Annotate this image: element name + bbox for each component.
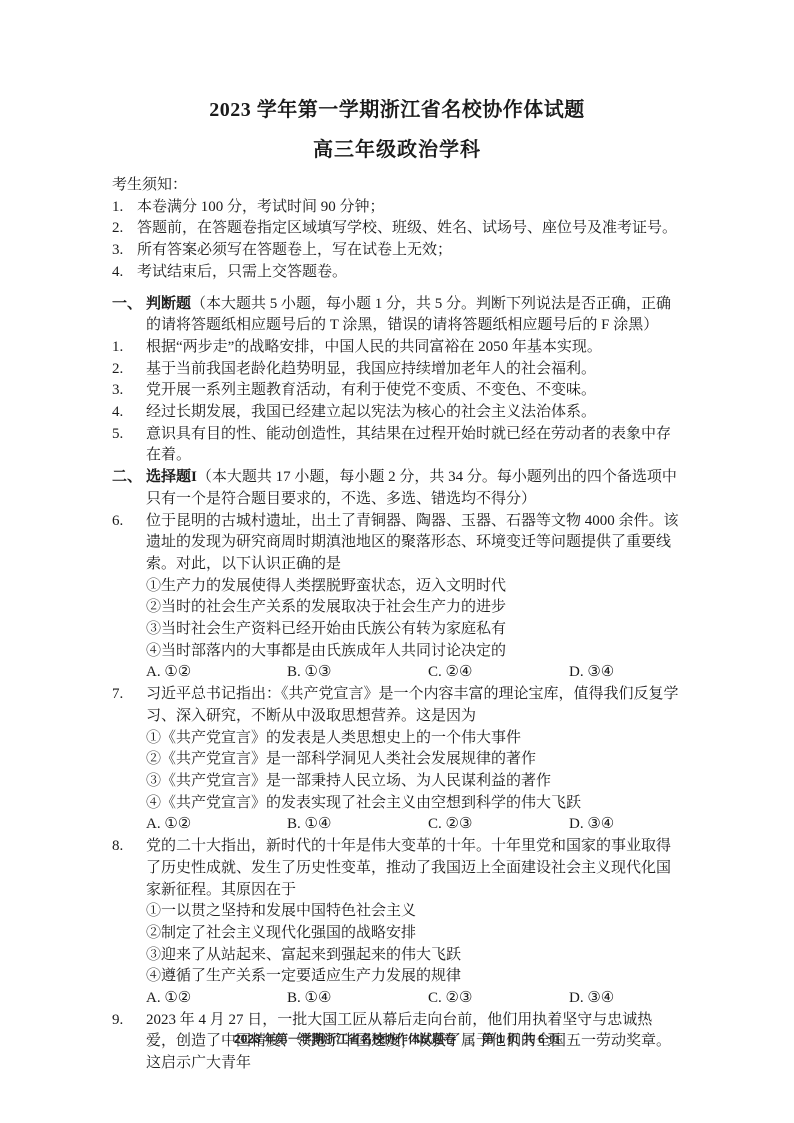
section-title: 判断题	[146, 296, 191, 312]
notice-item: 1. 本卷满分 100 分，考试时间 90 分钟；	[112, 197, 682, 219]
question-number: 5.	[112, 424, 146, 446]
question-body: 位于昆明的古城村遗址，出土了青铜器、陶器、玉器、石器等文物 4000 余件。该遗…	[146, 511, 682, 685]
section-number: 一、	[112, 294, 146, 316]
question-body: 意识具有目的性、能动创造性，其结果在过程开始时就已经在劳动者的表象中存在着。	[146, 424, 682, 467]
section-header-text: 判断题（本大题共 5 小题，每小题 1 分，共 5 分。判断下列说法是否正确，正…	[146, 294, 682, 337]
section-header: 一、 判断题（本大题共 5 小题，每小题 1 分，共 5 分。判断下列说法是否正…	[112, 294, 682, 337]
page-subtitle: 高三年级政治学科	[112, 138, 682, 162]
question-body: 经过长期发展，我国已经建立起以宪法为核心的社会主义法治体系。	[146, 402, 682, 424]
question: 2. 基于当前我国老龄化趋势明显，我国应持续增加老年人的社会福利。	[112, 359, 682, 381]
question-body: 基于当前我国老龄化趋势明显，我国应持续增加老年人的社会福利。	[146, 359, 682, 381]
question-subitems: ①一以贯之坚持和发展中国特色社会主义②制定了社会主义现代化强国的战略安排③迎来了…	[146, 901, 682, 988]
page-footer: 2023 年第一学期浙江省名校协作体试题卷第 1 页 共 6 页	[0, 1031, 794, 1047]
question-options: A. ①②B. ①④C. ②③D. ③④	[146, 988, 682, 1010]
answer-option: D. ③④	[569, 988, 614, 1010]
question-number: 8.	[112, 836, 146, 858]
section: 一、 判断题（本大题共 5 小题，每小题 1 分，共 5 分。判断下列说法是否正…	[112, 294, 682, 468]
question-body: 习近平总书记指出：《共产党宣言》是一个内容丰富的理论宝库，值得我们反复学习、深入…	[146, 684, 682, 836]
notice-number: 1.	[112, 197, 137, 219]
sections: 一、 判断题（本大题共 5 小题，每小题 1 分，共 5 分。判断下列说法是否正…	[112, 294, 682, 1075]
notice-number: 2.	[112, 218, 137, 240]
answer-option: A. ①②	[146, 988, 287, 1010]
notice-block: 考生须知： 1. 本卷满分 100 分，考试时间 90 分钟； 2. 答题前，在…	[112, 175, 682, 284]
question: 1. 根据“两步走”的战略安排，中国人民的共同富裕在 2050 年基本实现。	[112, 337, 682, 359]
question-subitem: ②制定了社会主义现代化强国的战略安排	[146, 923, 682, 945]
notice-item: 2. 答题前，在答题卷指定区域填写学校、班级、姓名、试场号、座位号及准考证号。	[112, 218, 682, 240]
question-subitem: ④《共产党宣言》的发表实现了社会主义由空想到科学的伟大飞跃	[146, 793, 682, 815]
notice-text: 本卷满分 100 分，考试时间 90 分钟；	[137, 197, 682, 219]
section-header-text: 选择题I（本大题共 17 小题，每小题 2 分，共 34 分。每小题列出的四个备…	[146, 467, 682, 510]
question: 8. 党的二十大指出，新时代的十年是伟大变革的十年。十年里党和国家的事业取得了历…	[112, 836, 682, 1010]
answer-option: C. ②④	[428, 662, 569, 684]
section-desc: （本大题共 17 小题，每小题 2 分，共 34 分。每小题列出的四个备选项中只…	[146, 469, 677, 507]
question-subitem: ②当时的社会生产关系的发展取决于社会生产力的进步	[146, 597, 682, 619]
question-stem: 意识具有目的性、能动创造性，其结果在过程开始时就已经在劳动者的表象中存在着。	[146, 424, 682, 467]
section: 二、 选择题I（本大题共 17 小题，每小题 2 分，共 34 分。每小题列出的…	[112, 467, 682, 1075]
exam-page: 2023 学年第一学期浙江省名校协作体试题 高三年级政治学科 考生须知： 1. …	[0, 0, 794, 1123]
question-subitem: ④遵循了生产关系一定要适应生产力发展的规律	[146, 966, 682, 988]
answer-option: D. ③④	[569, 814, 614, 836]
section-title: 选择题I	[146, 469, 197, 485]
question-body: 党开展一系列主题教育活动，有利于使党不变质、不变色、不变味。	[146, 380, 682, 402]
page-title: 2023 学年第一学期浙江省名校协作体试题	[112, 97, 682, 123]
question-stem: 基于当前我国老龄化趋势明显，我国应持续增加老年人的社会福利。	[146, 359, 682, 381]
question-number: 4.	[112, 402, 146, 424]
question-subitem: ①生产力的发展使得人类摆脱野蛮状态，迈入文明时代	[146, 576, 682, 598]
question-subitem: ①《共产党宣言》的发表是人类思想史上的一个伟大事件	[146, 728, 682, 750]
question-stem: 习近平总书记指出：《共产党宣言》是一个内容丰富的理论宝库，值得我们反复学习、深入…	[146, 684, 682, 727]
notice-text: 答题前，在答题卷指定区域填写学校、班级、姓名、试场号、座位号及准考证号。	[137, 218, 682, 240]
question-subitem: ②《共产党宣言》是一部科学洞见人类社会发展规律的著作	[146, 749, 682, 771]
answer-option: C. ②③	[428, 988, 569, 1010]
notice-text: 所有答案必须写在答题卷上，写在试卷上无效；	[137, 240, 682, 262]
section-header: 二、 选择题I（本大题共 17 小题，每小题 2 分，共 34 分。每小题列出的…	[112, 467, 682, 510]
question-number: 6.	[112, 511, 146, 533]
notice-text: 考试结束后，只需上交答题卷。	[137, 262, 682, 284]
question-body: 根据“两步走”的战略安排，中国人民的共同富裕在 2050 年基本实现。	[146, 337, 682, 359]
question-number: 1.	[112, 337, 146, 359]
notice-number: 3.	[112, 240, 137, 262]
question-subitem: ③当时社会生产资料已经开始由氏族公有转为家庭私有	[146, 619, 682, 641]
section-number: 二、	[112, 467, 146, 489]
question: 6. 位于昆明的古城村遗址，出土了青铜器、陶器、玉器、石器等文物 4000 余件…	[112, 511, 682, 685]
answer-option: A. ①②	[146, 814, 287, 836]
question: 7. 习近平总书记指出：《共产党宣言》是一个内容丰富的理论宝库，值得我们反复学习…	[112, 684, 682, 836]
question-subitem: ①一以贯之坚持和发展中国特色社会主义	[146, 901, 682, 923]
notice-item: 3. 所有答案必须写在答题卷上，写在试卷上无效；	[112, 240, 682, 262]
question-list: 6. 位于昆明的古城村遗址，出土了青铜器、陶器、玉器、石器等文物 4000 余件…	[112, 511, 682, 1075]
notice-header: 考生须知：	[112, 175, 682, 197]
question-number: 3.	[112, 380, 146, 402]
question-subitems: ①生产力的发展使得人类摆脱野蛮状态，迈入文明时代②当时的社会生产关系的发展取决于…	[146, 576, 682, 663]
question-number: 2.	[112, 359, 146, 381]
answer-option: C. ②③	[428, 814, 569, 836]
question-stem: 党开展一系列主题教育活动，有利于使党不变质、不变色、不变味。	[146, 380, 682, 402]
question: 5. 意识具有目的性、能动创造性，其结果在过程开始时就已经在劳动者的表象中存在着…	[112, 424, 682, 467]
answer-option: D. ③④	[569, 662, 614, 684]
question-options: A. ①②B. ①③C. ②④D. ③④	[146, 662, 682, 684]
question-stem: 经过长期发展，我国已经建立起以宪法为核心的社会主义法治体系。	[146, 402, 682, 424]
question-list: 1. 根据“两步走”的战略安排，中国人民的共同富裕在 2050 年基本实现。 2…	[112, 337, 682, 467]
notice-number: 4.	[112, 262, 137, 284]
question-number: 7.	[112, 684, 146, 706]
question-number: 9.	[112, 1010, 146, 1032]
question: 4. 经过长期发展，我国已经建立起以宪法为核心的社会主义法治体系。	[112, 402, 682, 424]
question-stem: 根据“两步走”的战略安排，中国人民的共同富裕在 2050 年基本实现。	[146, 337, 682, 359]
answer-option: B. ①③	[287, 662, 428, 684]
question-options: A. ①②B. ①④C. ②③D. ③④	[146, 814, 682, 836]
footer-doc-title: 2023 年第一学期浙江省名校协作体试题卷	[234, 1032, 456, 1046]
notice-list: 1. 本卷满分 100 分，考试时间 90 分钟； 2. 答题前，在答题卷指定区…	[112, 197, 682, 284]
question: 3. 党开展一系列主题教育活动，有利于使党不变质、不变色、不变味。	[112, 380, 682, 402]
question-body: 党的二十大指出，新时代的十年是伟大变革的十年。十年里党和国家的事业取得了历史性成…	[146, 836, 682, 1010]
section-desc: （本大题共 5 小题，每小题 1 分，共 5 分。判断下列说法是否正确，正确的请…	[146, 296, 671, 334]
question-subitems: ①《共产党宣言》的发表是人类思想史上的一个伟大事件②《共产党宣言》是一部科学洞见…	[146, 728, 682, 815]
question-stem: 党的二十大指出，新时代的十年是伟大变革的十年。十年里党和国家的事业取得了历史性成…	[146, 836, 682, 901]
question-subitem: ④当时部落内的大事都是由氏族成年人共同讨论决定的	[146, 641, 682, 663]
question-subitem: ③迎来了从站起来、富起来到强起来的伟大飞跃	[146, 945, 682, 967]
footer-page-indicator: 第 1 页 共 6 页	[482, 1032, 560, 1046]
question-subitem: ③《共产党宣言》是一部秉持人民立场、为人民谋利益的著作	[146, 771, 682, 793]
notice-item: 4. 考试结束后，只需上交答题卷。	[112, 262, 682, 284]
answer-option: B. ①④	[287, 988, 428, 1010]
question-stem: 位于昆明的古城村遗址，出土了青铜器、陶器、玉器、石器等文物 4000 余件。该遗…	[146, 511, 682, 576]
answer-option: B. ①④	[287, 814, 428, 836]
answer-option: A. ①②	[146, 662, 287, 684]
